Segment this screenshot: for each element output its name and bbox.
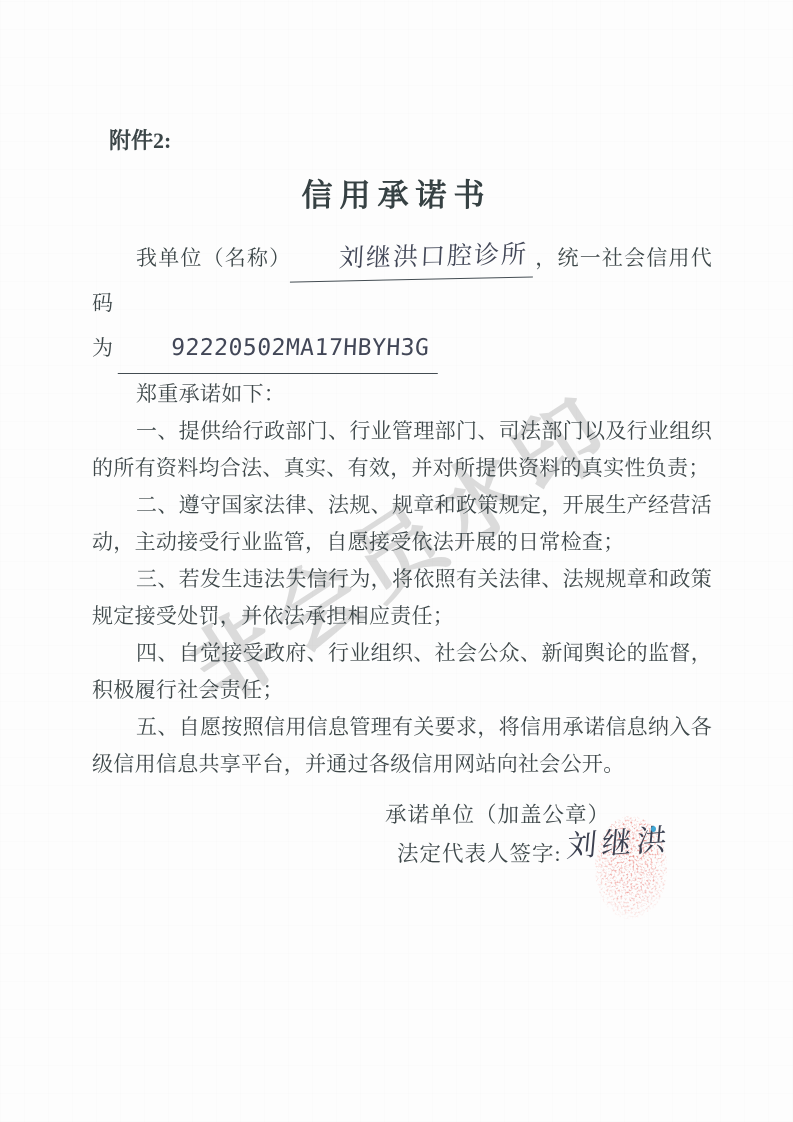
- promise-item-4: 四、自觉接受政府、行业组织、社会公众、新闻舆论的监督，积极履行社会责任；: [92, 635, 712, 709]
- intro-paragraph: 我单位（名称）刘继洪口腔诊所，统一社会信用代码为 92220502MA17HBY…: [92, 234, 712, 374]
- document-body: 我单位（名称）刘继洪口腔诊所，统一社会信用代码为 92220502MA17HBY…: [92, 234, 712, 783]
- handwritten-signature: 刘继洪: [565, 814, 674, 866]
- promise-lead: 郑重承诺如下：: [92, 376, 712, 413]
- legal-representative-label: 法定代表人签字:: [397, 837, 561, 868]
- promise-item-1: 一、提供给行政部门、行业管理部门、司法部门以及行业组织的所有资料均合法、真实、有…: [92, 413, 712, 487]
- promise-item-5: 五、自愿按照信用信息管理有关要求，将信用承诺信息纳入各级信用信息共享平台，并通过…: [92, 709, 712, 783]
- page-title: 信用承诺书: [0, 170, 793, 215]
- document-page: 非会员水印 附件2: 信用承诺书 我单位（名称）刘继洪口腔诊所，统一社会信用代码…: [0, 0, 793, 1122]
- intro-prefix-text: 我单位（名称）: [136, 246, 291, 270]
- blue-ink-speck: [651, 826, 656, 832]
- promise-item-2: 二、遵守国家法律、法规、规章和政策规定，开展生产经营活动，主动接受行业监管，自愿…: [92, 487, 712, 561]
- handwritten-credit-code: 92220502MA17HBYH3G: [118, 326, 441, 374]
- attachment-label: 附件2:: [109, 124, 171, 155]
- handwritten-unit-name: 刘继洪口腔诊所: [290, 231, 535, 282]
- intro-line2-prefix: 为: [92, 336, 113, 360]
- promise-item-3: 三、若发生违法失信行为，将依照有关法律、法规规章和政策规定接受处罚，并依法承担相…: [92, 561, 712, 635]
